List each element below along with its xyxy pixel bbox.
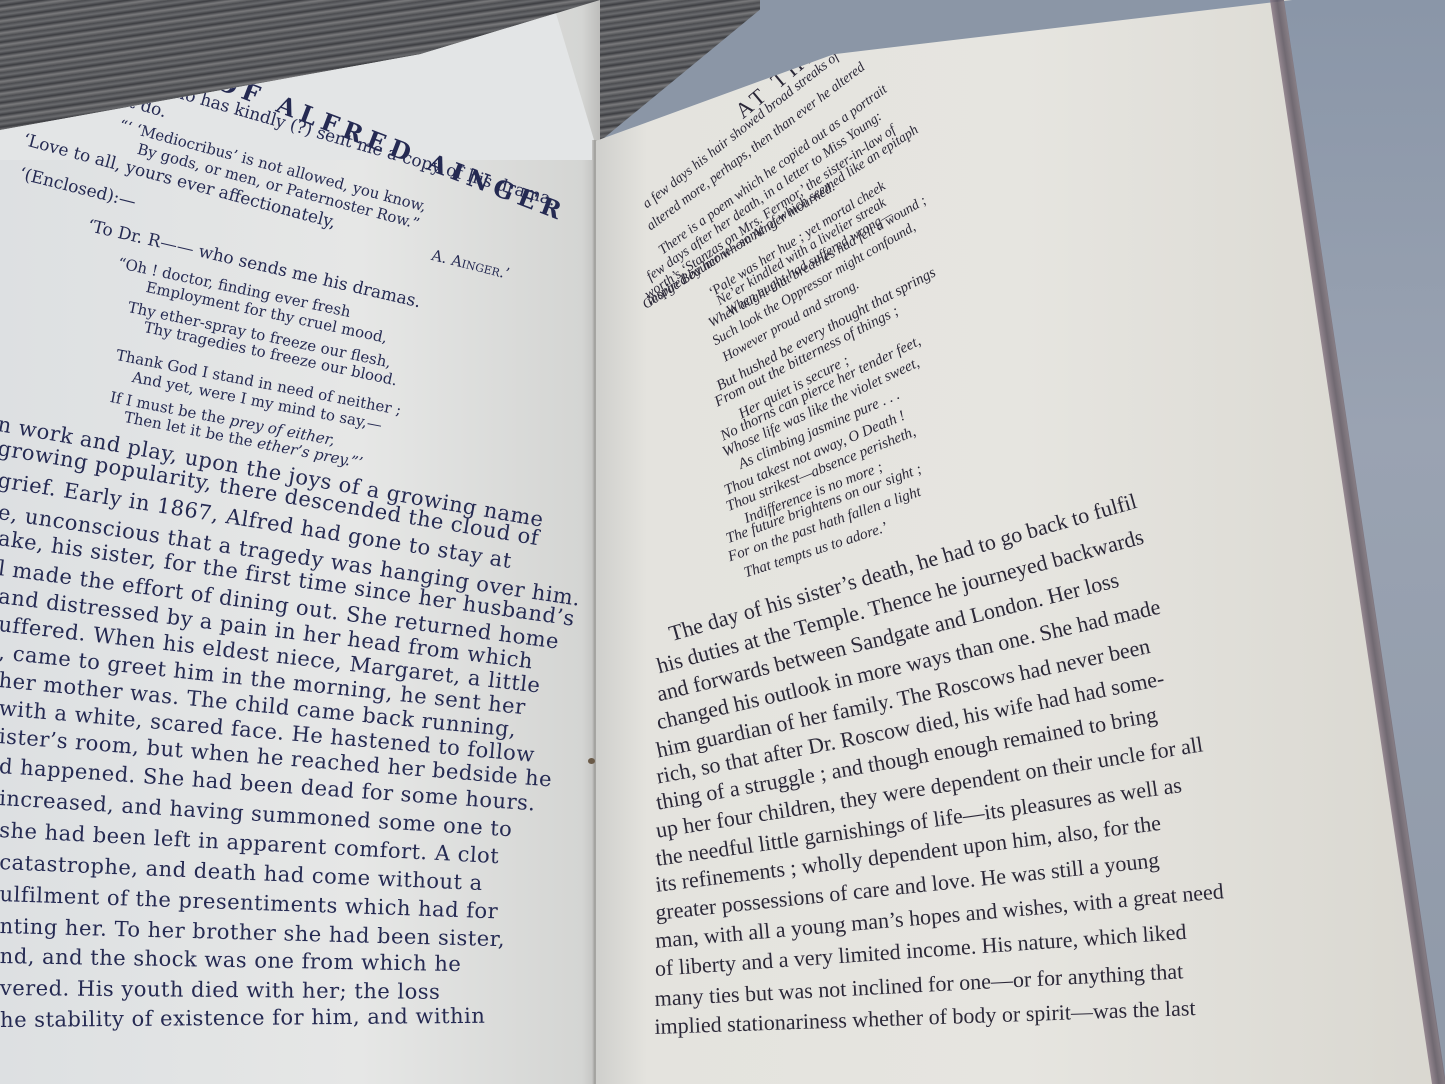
body-line: nd, and the shock was one from which he	[0, 944, 461, 976]
left-page: 92 LIFE OF ALFRED AINGER Dr. Richardson,…	[0, 0, 600, 1084]
body-line: vered. His youth died with her; the loss	[0, 976, 440, 1004]
signature: A. Ainger.’	[430, 246, 512, 283]
body-line: he stability of existence for him, and w…	[0, 1004, 485, 1032]
gutter-mark	[588, 758, 595, 764]
